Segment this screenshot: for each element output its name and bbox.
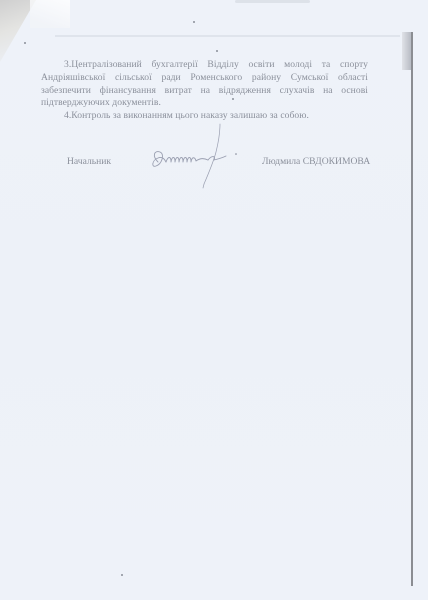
signatory-name: Людмила СВДОКИМОВА: [262, 156, 370, 167]
scan-speck: [24, 42, 26, 44]
scan-speck: [121, 574, 123, 576]
position-title: Начальник: [67, 156, 111, 167]
paragraph-3: 3.Централізований бухгалтерії Відділу ос…: [41, 59, 368, 110]
scan-speck: [193, 21, 195, 23]
scan-horizontal-line: [55, 35, 400, 37]
scan-vertical-line: [411, 32, 413, 586]
scan-speck: [216, 50, 218, 52]
document-body: 3.Централізований бухгалтерії Відділу ос…: [41, 59, 368, 123]
scan-top-shadow: [235, 0, 310, 3]
handwritten-signature-icon: [148, 122, 243, 192]
scan-edge-block: [402, 32, 411, 70]
scanned-page: 3.Централізований бухгалтерії Відділу ос…: [0, 0, 428, 600]
scan-corner-fold: [30, 0, 70, 28]
